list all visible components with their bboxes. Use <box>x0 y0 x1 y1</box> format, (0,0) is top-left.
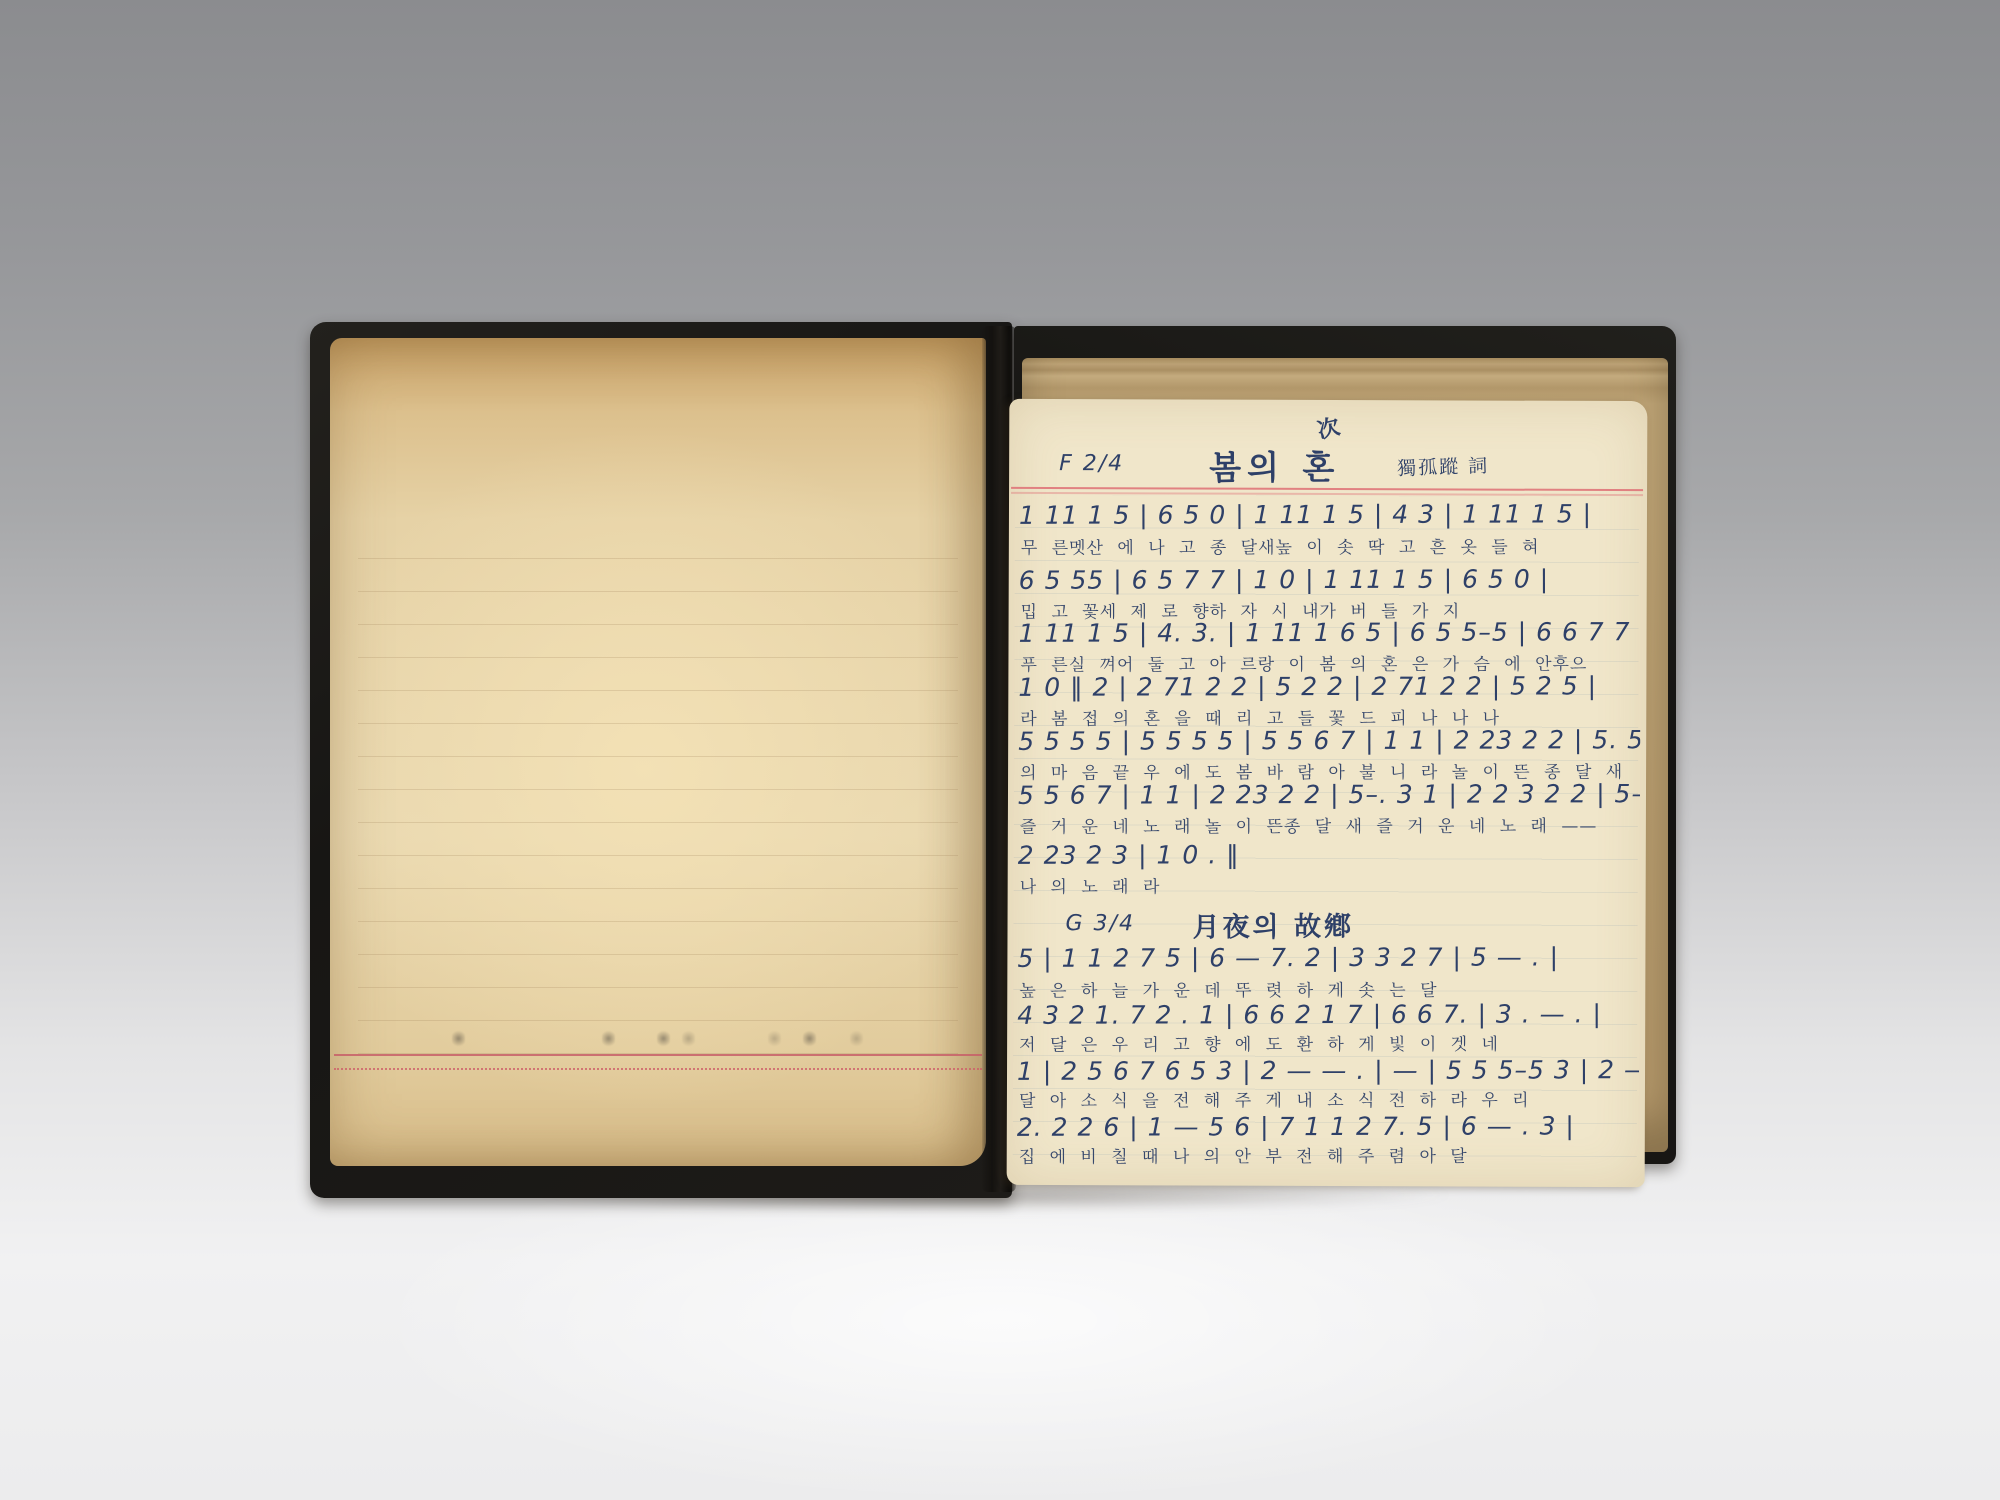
notation-line: 1 0 ‖ 2 | 2 71 2 2 | 5 2 2 | 2 71 2 2 | … <box>1018 671 1640 702</box>
song2-title: 月夜의 故鄕 <box>1192 904 1354 944</box>
footer-stamp-mark <box>850 1030 863 1047</box>
notation-line: 2. 2 2 6 | 1 — 5 6 | 7 1 1 2 7. 5 | 6 — … <box>1017 1111 1639 1142</box>
lyrics-line: 집 에 비 칠 때 나 의 안 부 전 해 주 렴 아 달 <box>1019 1141 1639 1167</box>
song2-key-signature: G 3/4 <box>1065 911 1135 936</box>
header-red-rule <box>1011 487 1643 491</box>
footer-stamp-mark <box>602 1030 615 1047</box>
left-page <box>330 338 986 1166</box>
footer-stamp-mark <box>768 1030 781 1047</box>
lyrics-line: 높 은 하 늘 가 운 데 뚜 렷 하 게 솟 는 달 <box>1019 975 1639 1001</box>
footer-stamp-mark <box>803 1030 816 1047</box>
notation-line: 2 23 2 3 | 1 0 . ‖ <box>1018 839 1640 870</box>
notation-line: 4 3 2 1. 7 2 . 1 | 6 6 2 1 7 | 6 6 7. | … <box>1017 999 1639 1030</box>
lyrics-line: 즐 거 운 네 노 래 놀 이 뜬종 달 새 즐 거 운 네 노 래 —— <box>1020 811 1640 837</box>
song1-title: 봄의 혼 <box>1209 441 1340 489</box>
footer-stamp-mark <box>682 1030 695 1047</box>
photo-backdrop: 次 F 2/4 봄의 혼 獨孤蹤 詞 1 11 1 5 | 6 5 0 | 1 … <box>0 0 2000 1500</box>
notation-line: 6 5 55 | 6 5 7 7 | 1 0 | 1 11 1 5 | 6 5 … <box>1019 564 1641 595</box>
right-page: 次 F 2/4 봄의 혼 獨孤蹤 詞 1 11 1 5 | 6 5 0 | 1 … <box>1007 399 1648 1187</box>
notation-line: 1 | 2 5 6 7 6 5 3 | 2 — — . | — | 5 5 5–… <box>1017 1055 1639 1086</box>
song1-credit: 獨孤蹤 詞 <box>1397 451 1490 481</box>
lyrics-line: 나 의 노 래 라 <box>1020 871 1640 897</box>
lyrics-line: 저 달 은 우 리 고 향 에 도 환 하 게 빛 이 겟 네 <box>1019 1029 1639 1055</box>
notation-line: 5 5 6 7 | 1 1 | 2 23 2 2 | 5–. 3 1 | 2 2… <box>1018 779 1640 810</box>
footer-stamp-mark <box>657 1030 670 1047</box>
notation-line: 5 5 5 5 | 5 5 5 5 | 5 5 6 7 | 1 1 | 2 23… <box>1018 725 1640 756</box>
lyrics-line: 무 른멧산 에 나 고 종 달새높 이 솟 딱 고 흔 옷 들 혀 <box>1021 532 1641 558</box>
notation-line: 5 | 1 1 2 7 5 | 6 — 7. 2 | 3 3 2 7 | 5 —… <box>1017 942 1639 973</box>
red-rule <box>334 1054 982 1056</box>
song1-key-signature: F 2/4 <box>1059 451 1124 476</box>
lyrics-line: 달 아 소 식 을 전 해 주 게 내 소 식 전 하 라 우 리 <box>1019 1085 1639 1111</box>
ruled-lines <box>358 526 958 1056</box>
wavy-red-rule <box>334 1062 982 1070</box>
page-mark: 次 <box>1314 410 1343 445</box>
footer-stamp-mark <box>452 1030 465 1047</box>
notation-line: 1 11 1 5 | 6 5 0 | 1 11 1 5 | 4 3 | 1 11… <box>1019 499 1641 530</box>
notation-line: 1 11 1 5 | 4. 3. | 1 11 1 6 5 | 6 5 5–5 … <box>1019 617 1641 648</box>
